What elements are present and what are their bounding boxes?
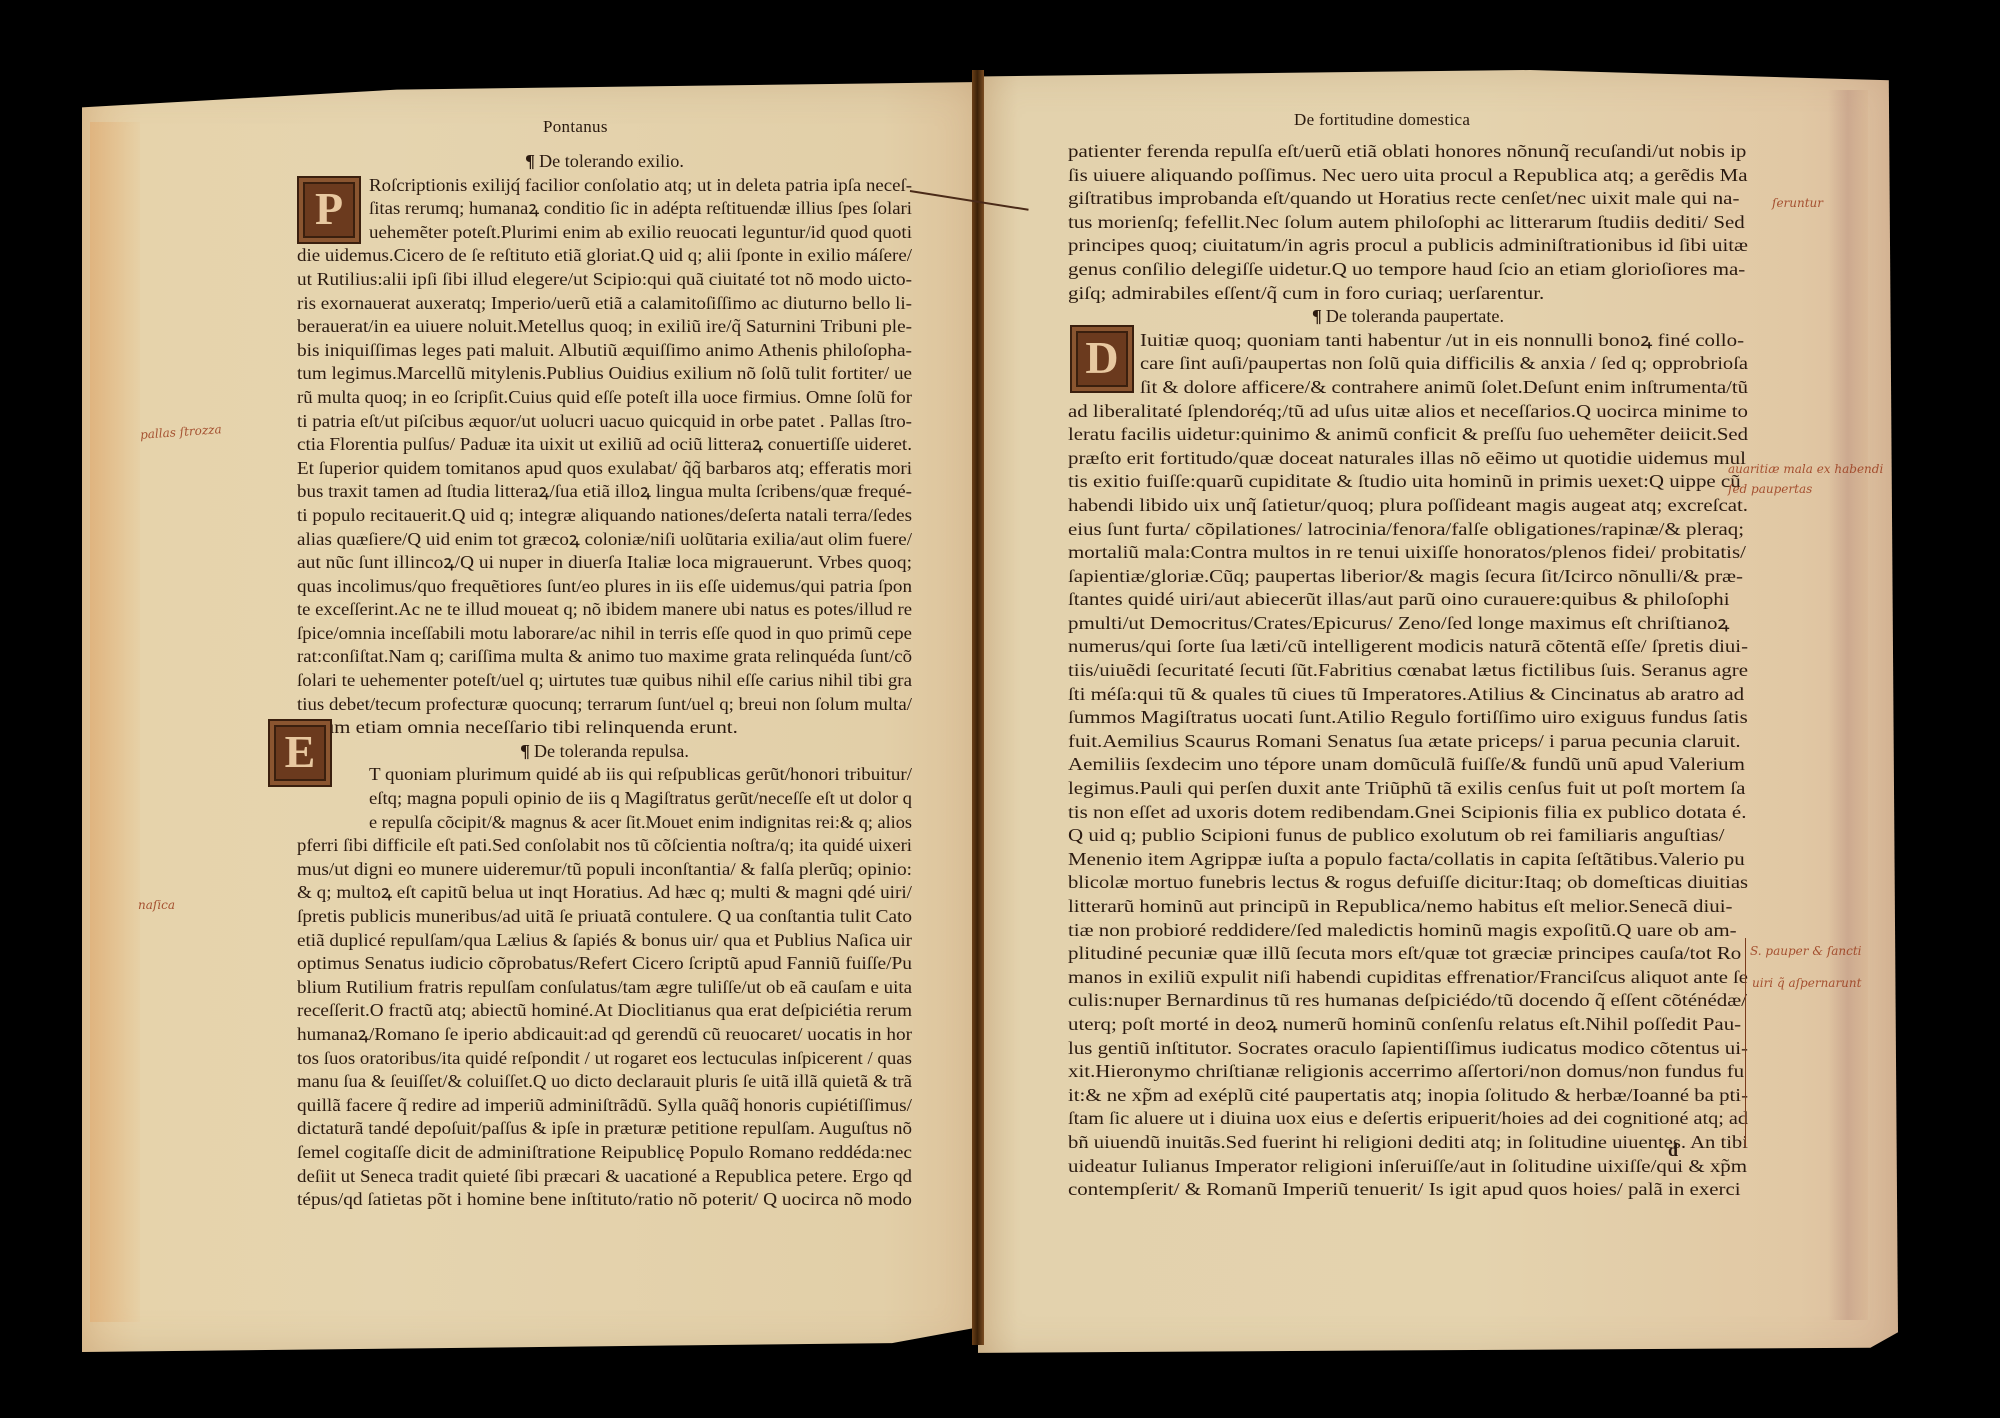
text-line: manos in exiliũ expulit niſi habendi cup… — [1068, 966, 1748, 990]
text-line: tos ſuos oratoribus/ita quidé reſpondit … — [297, 1047, 912, 1071]
text-line: tis exitio fuiſſe:quarũ cupiditate & ſtu… — [1068, 470, 1748, 494]
text-line: humanaꝝ/Romano ſe iperio abdicauit:ad qd… — [297, 1023, 912, 1047]
text-line: giſq; admirabiles eſſent/q̃ cum in foro … — [1068, 282, 1748, 306]
text-line: lus gentiũ inſtitutor. Socrates oraculo … — [1068, 1037, 1748, 1061]
text-line: rat:conſiſtat.Nam q; cariſſima multa & a… — [297, 645, 912, 669]
margin-note: ſeruntur — [1772, 196, 1823, 210]
section-heading: ¶De toleranda paupertate. — [1068, 305, 1748, 329]
text-line: receſſerit.O fractũ atq; abiectũ hominé.… — [297, 999, 912, 1023]
text-line: ctia Florentia pulſus/ Paduæ ita uixit u… — [297, 433, 912, 457]
text-line: alias quæſiere/Q uid enim tot græcoꝝ col… — [297, 528, 912, 552]
drop-cap-initial: P — [297, 176, 361, 244]
text-line: habendi libido uix unq̃ ſatietur/quoq; p… — [1068, 494, 1748, 518]
text-line: tiæ non probioré reddidere/ſed maledicti… — [1068, 919, 1748, 943]
text-line: T quoniam plurimum quidé ab iis qui reſp… — [297, 763, 912, 787]
text-line: contempſerit/ & Romanũ Imperiũ tenuerit/… — [1068, 1178, 1748, 1202]
text-line: Roſcriptionis exilijq́ facilior conſolat… — [297, 174, 912, 198]
text-line: ſtantes quidé uiri/aut abiecerũt illas/a… — [1068, 588, 1748, 612]
text-line: care ſint auſi/paupertas non ſolũ quia d… — [1068, 352, 1748, 376]
section-heading: ¶De toleranda repulsa. — [297, 740, 912, 764]
text-line: principes quoq; ciuitatum/in agris procu… — [1068, 234, 1748, 258]
text-line: eius ſunt furta/ cõpilationes/ latrocini… — [1068, 518, 1748, 542]
text-line: eſtq; magna populi opinio de iis q Magiſ… — [297, 787, 912, 811]
text-line: uehemẽter poteſt.Plurimi enim ab exilio … — [297, 221, 912, 245]
text-line: ſpretis publicis muneribus/ad uitã ſe pr… — [297, 905, 912, 929]
text-line: etiã duplicé repulſam/qua Lælius & ſapié… — [297, 929, 912, 953]
text-line: ti populo recitauerit.Q uid q; integræ a… — [297, 504, 912, 528]
text-line: leratu facilis uidetur:quinimo & animũ c… — [1068, 423, 1748, 447]
text-line: legimus.Pauli qui perſen duxit ante Triũ… — [1068, 777, 1748, 801]
running-head-left: Pontanus — [543, 117, 608, 137]
text-line: tiis/uiuẽdi ſecuritaté ſecuti ſũt.Fabrit… — [1068, 659, 1748, 683]
text-line: it:& ne xp̃m ad exéplũ cité paupertatis … — [1068, 1084, 1748, 1108]
text-line: numerus/qui ſorte ſua læti/cũ intelliger… — [1068, 635, 1748, 659]
text-line: manu ſua & ſeuiſſet/& coluiſſet.Q uo dic… — [297, 1070, 912, 1094]
text-line: ſtam ſic aluere ut i diuina uox eius e d… — [1068, 1107, 1748, 1131]
page-edge-fold — [1828, 90, 1868, 1320]
text-line: ti patria eſt/ut piſcibus æquor/ut uoluc… — [297, 410, 912, 434]
text-line: rũ multa quoq; in eo ſcripſit.Cuius quid… — [297, 386, 912, 410]
text-line: ſummos Magiſtratus uocati ſunt.Atilio Re… — [1068, 706, 1748, 730]
pilcrow-icon: ¶ — [1312, 306, 1322, 326]
margin-note: auaritiæ mala ex habendi — [1728, 462, 1883, 476]
text-line: patienter ferenda repulſa eſt/uerũ etiã … — [1068, 140, 1748, 164]
text-line: giſtratibus improbanda eſt/quando ut Hor… — [1068, 187, 1748, 211]
drop-cap-initial: D — [1070, 325, 1134, 393]
section-heading: ¶De tolerando exilio. — [297, 150, 912, 174]
text-line: ſapientiæ/gloriæ.Cũq; paupertas liberior… — [1068, 565, 1748, 589]
text-line: blium Rutilium fratris repulſam conſulat… — [297, 976, 912, 1000]
text-line: Iuitiæ quoq; quoniam tanti habentur /ut … — [1068, 329, 1748, 353]
text-line: mortaliũ mala:Contra multos in re tenui … — [1068, 541, 1748, 565]
text-line: berauerat/in ea uiuere noluit.Metellus q… — [297, 315, 912, 339]
text-line: xit.Hieronymo chriſtianæ religionis acce… — [1068, 1060, 1748, 1084]
text-line: culis:nuper Bernardinus tũ res humanas d… — [1068, 989, 1748, 1013]
text-line: blicolæ mortuo funebris lectus & rogus d… — [1068, 871, 1748, 895]
text-line: tis non eſſet ad uxoris dotem redibendam… — [1068, 801, 1748, 825]
text-line: mus/ut digni eo munere uideremur/tũ popu… — [297, 858, 912, 882]
signature-mark: d — [1668, 1140, 1678, 1161]
text-line: tus morienſq; fefellit.Nec ſolum autem p… — [1068, 211, 1748, 235]
text-line: ſti méſa:qui tũ & quales tũ ciues tũ Imp… — [1068, 683, 1748, 707]
margin-note: ſed paupertas — [1728, 482, 1812, 496]
pilcrow-icon: ¶ — [520, 741, 530, 761]
text-line: ut Rutilius:alii ipſi ſibi illud elegere… — [297, 268, 912, 292]
text-line: ſpice/omnia inceſſabili motu laborare/ac… — [297, 622, 912, 646]
text-line: quillã facere q̃ redire ad imperiũ admin… — [297, 1094, 912, 1118]
text-line: bis iniquiſſimas leges pati maluit. Albu… — [297, 339, 912, 363]
text-line: ſis uiuere aliquando poſſimus. Nec uero … — [1068, 164, 1748, 188]
text-line: tum legimus.Marcellũ mitylenis.Publius O… — [297, 362, 912, 386]
text-line: te exceſſerint.Ac ne te illud moueat q; … — [297, 598, 912, 622]
text-line: Aemiliis ſexdecim uno tépore unam domũcu… — [1068, 753, 1748, 777]
drop-cap-initial: E — [268, 719, 332, 787]
text-line: plitudiné pecuniæ quæ illũ ſecuta mors e… — [1068, 942, 1748, 966]
margin-note: S. pauper & ſancti — [1750, 944, 1862, 958]
margin-note: uiri q̃ aſpernarunt — [1752, 976, 1861, 990]
text-line: deſiit ut Seneca tradit quieté ſibi præc… — [297, 1165, 912, 1189]
text-line: pferri ſibi difficile eſt pati.Sed conſo… — [297, 834, 912, 858]
text-line: die uidemus.Cicero de ſe reſtituto etiã … — [297, 244, 912, 268]
text-line: uterq; poſt morté in deoꝝ numerũ hominũ … — [1068, 1013, 1748, 1037]
text-line: bus traxit tamen ad ſtudia litteraꝝ/ſua … — [297, 480, 912, 504]
text-line: litterarũ hominũ aut principũ in Republi… — [1068, 895, 1748, 919]
text-line: & q; multoꝝ eſt capitũ belua ut inqt Hor… — [297, 881, 912, 905]
pilcrow-icon: ¶ — [525, 151, 535, 171]
margin-note: naſica — [138, 898, 175, 912]
text-line: optimus Senatus iudicio cõprobatus/Refer… — [297, 952, 912, 976]
text-line: Et ſuperior quidem tomitanos apud quos e… — [297, 457, 912, 481]
text-line: aut nũc ſunt illincoꝝ/Q ui nuper in diue… — [297, 551, 912, 575]
text-line: genus conſilio delegiſſe uidetur.Q uo te… — [1068, 258, 1748, 282]
text-line: præſto erit fortitudo/quæ doceat natural… — [1068, 447, 1748, 471]
text-line: uideatur Iulianus Imperator religioni in… — [1068, 1155, 1748, 1179]
text-line: ſit & dolore afficere/& contrahere animũ… — [1068, 376, 1748, 400]
text-line: pmulti/ut Democritus/Crates/Epicurus/ Ze… — [1068, 612, 1748, 636]
text-line: ſitas rerumq; humanaꝝ conditio ſic in ad… — [297, 197, 912, 221]
left-page-text: ¶De tolerando exilio. Roſcriptionis exil… — [297, 150, 912, 1212]
right-page-text: patienter ferenda repulſa eſt/uerũ etiã … — [1068, 140, 1748, 1202]
text-line: ſemel cogitaſſe dicit de adminiſtratione… — [297, 1141, 912, 1165]
margin-bracket — [1745, 938, 1746, 1148]
running-head-right: De fortitudine domestica — [1294, 110, 1470, 130]
text-line: quas incolimus/quo frequẽtiores ſunt/eo … — [297, 575, 912, 599]
text-line: ad liberalitaté ſplendoréq;/tũ ad uſus u… — [1068, 400, 1748, 424]
text-line: fuit.Aemilius Scaurus Romani Senatus ſua… — [1068, 730, 1748, 754]
text-line: ſolari te uehementer poteſt/uel q; uirtu… — [297, 669, 912, 693]
text-line: tius debet/tecum profecturæ quocunq; ter… — [297, 693, 912, 717]
text-line: Q uid q; publio Scipioni funus de public… — [1068, 824, 1748, 848]
text-line: bñ uiuendũ inuitãs.Sed fuerint hi religi… — [1068, 1131, 1748, 1155]
text-line: tépus/qd ſatietas põt i homine bene inſt… — [297, 1188, 912, 1212]
page-edge-shading — [90, 122, 140, 1322]
text-line: ris exornauerat auxeratq; Imperio/uerũ e… — [297, 292, 912, 316]
text-line: dictaturã tandé depoſuit/paſſus & ipſe i… — [297, 1117, 912, 1141]
text-line: uerum etiam omnia neceſſario tibi relinq… — [297, 716, 912, 740]
book-gutter — [972, 70, 984, 1345]
text-line: e repulſa cõcipit/& magnus & acer ſit.Mo… — [297, 811, 912, 835]
text-line: Menenio item Agrippæ iuſta a populo fact… — [1068, 848, 1748, 872]
